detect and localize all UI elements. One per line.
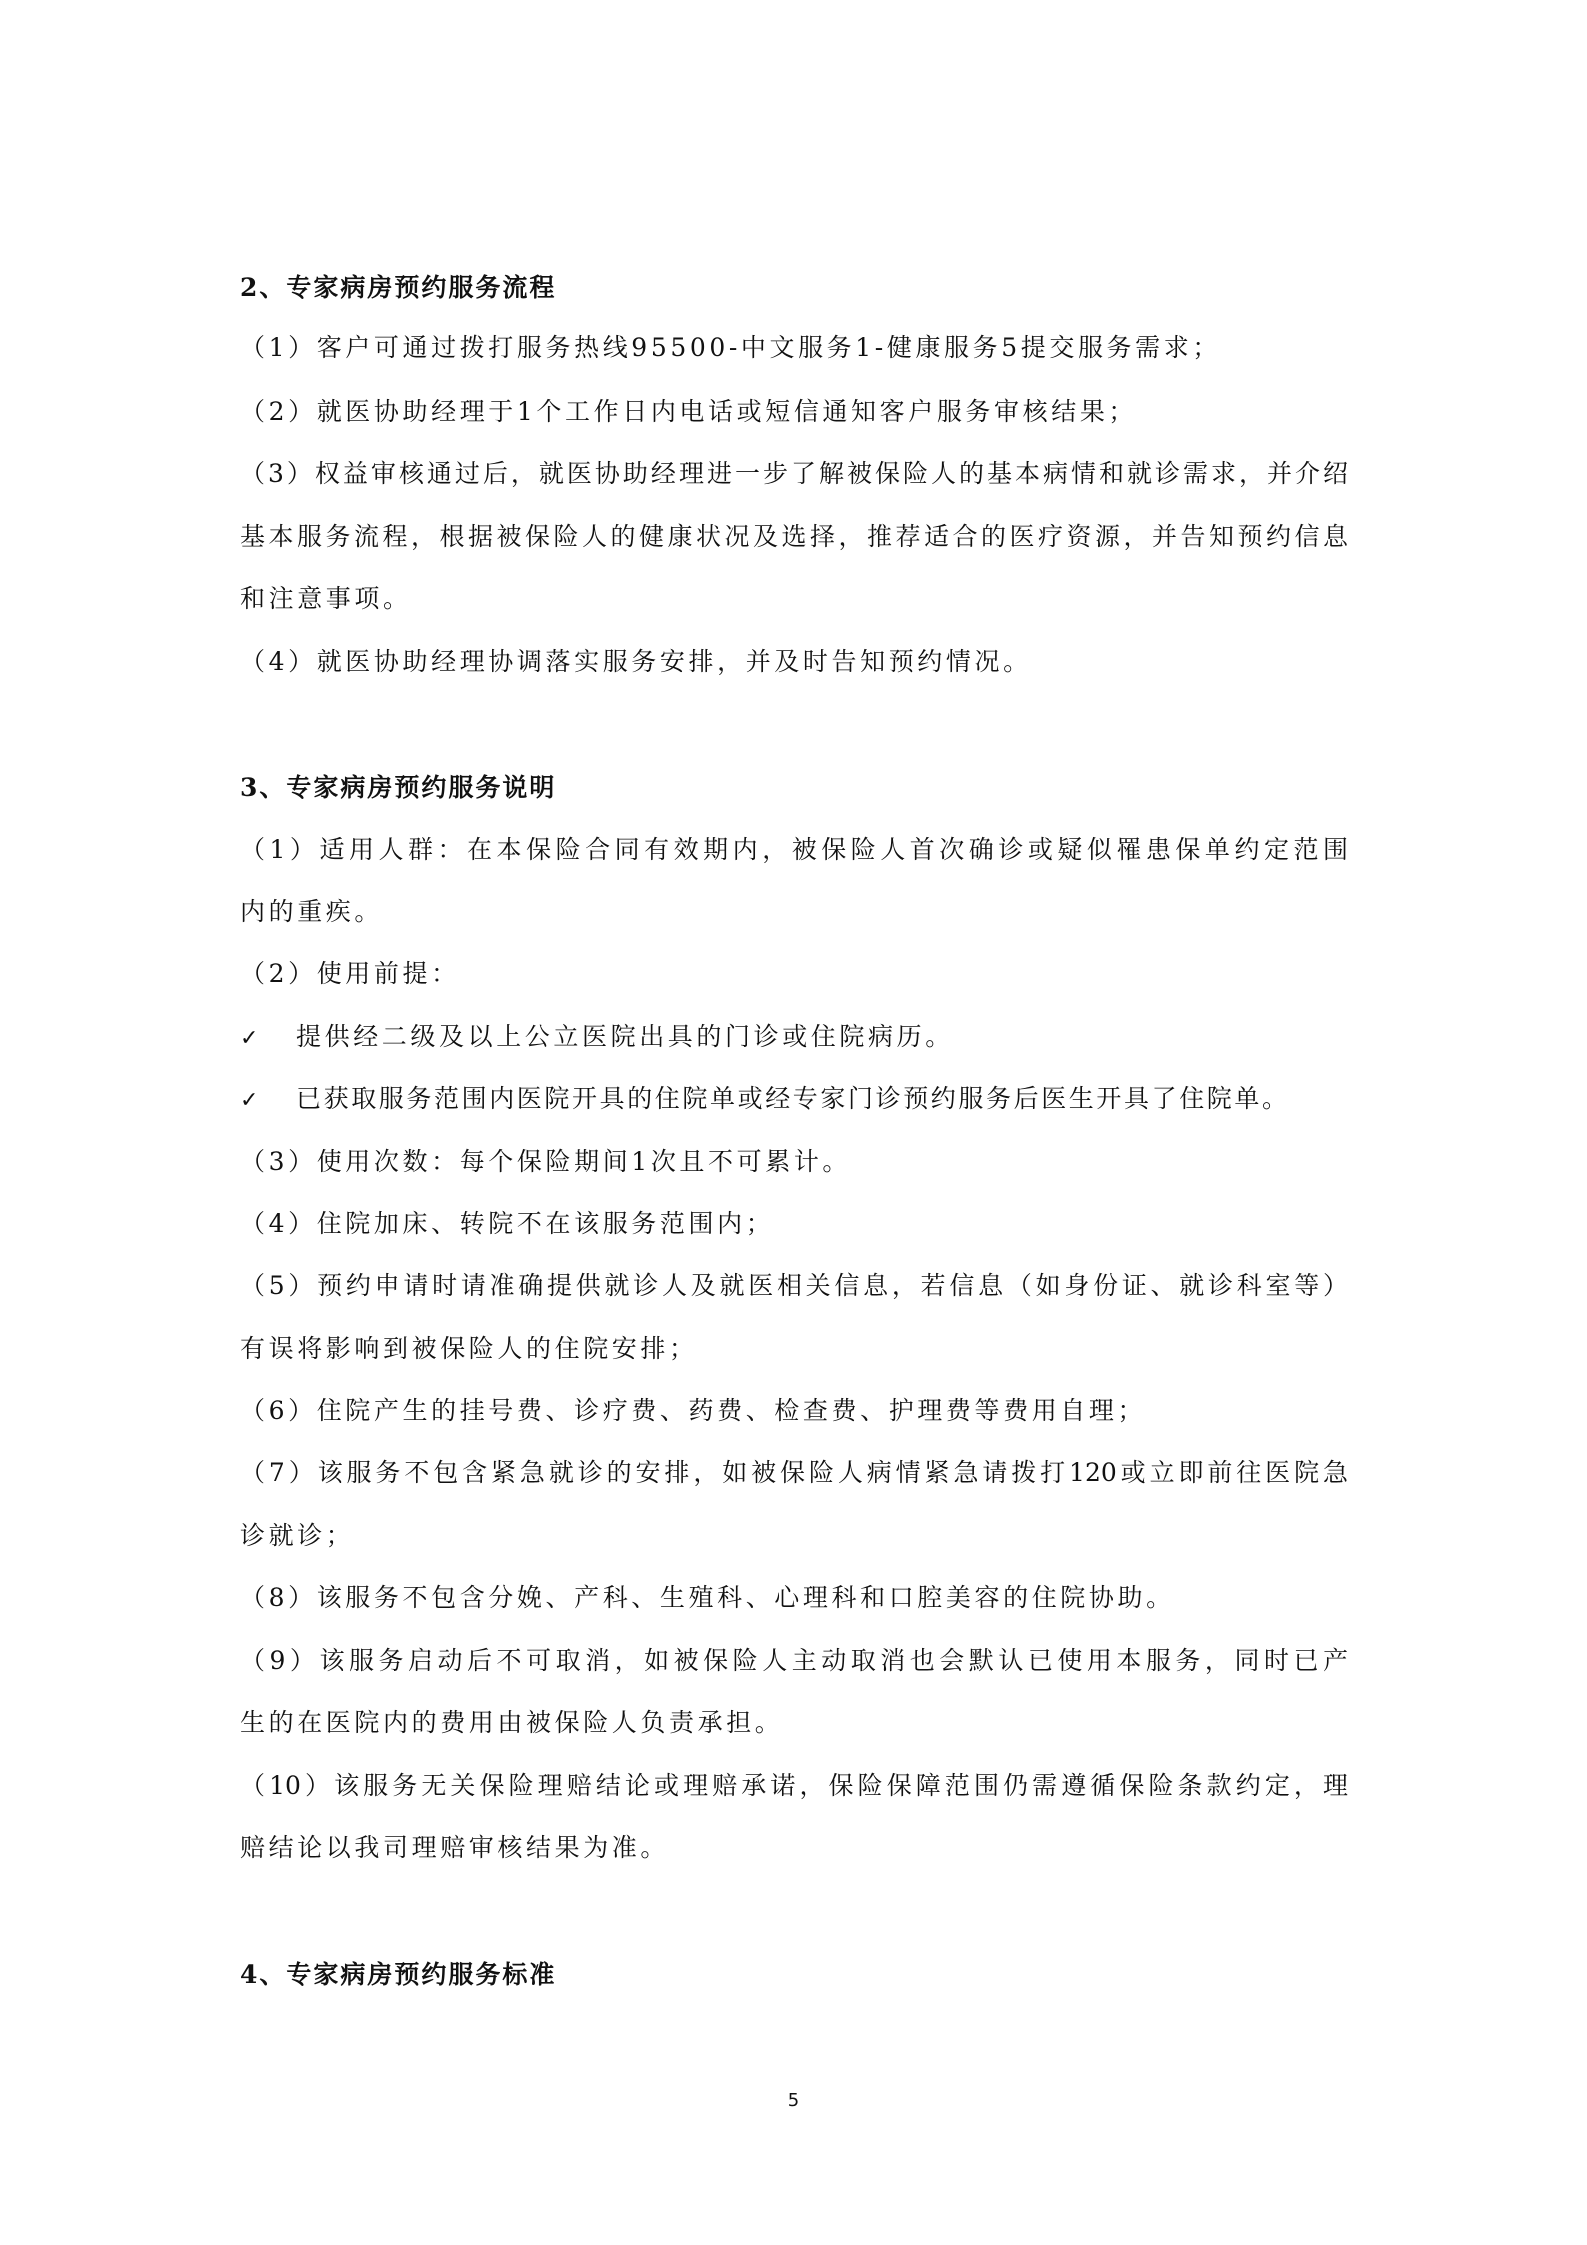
paragraph-line: （3）使用次数：每个保险期间1次且不可累计。 [240, 1145, 851, 1179]
check-icon: ✓ [240, 1084, 296, 1118]
section-heading-4: 4、专家病房预约服务标准 [240, 1958, 556, 1992]
section-heading-3: 3、专家病房预约服务说明 [240, 771, 556, 805]
page-number: 5 [0, 2090, 1587, 2111]
checklist-item: ✓已获取服务范围内医院开具的住院单或经专家门诊预约服务后医生开具了住院单。 [240, 1082, 1290, 1118]
paragraph-line: （6）住院产生的挂号费、诊疗费、药费、检查费、护理费等费用自理； [240, 1394, 1146, 1428]
checklist-item-text: 已获取服务范围内医院开具的住院单或经专家门诊预约服务后医生开具了住院单。 [296, 1084, 1290, 1113]
paragraph-line: （5）预约申请时请准确提供就诊人及就医相关信息，若信息（如身份证、就诊科室等） [240, 1269, 1348, 1303]
section-heading-2: 2、专家病房预约服务流程 [240, 271, 556, 305]
paragraph-line: （2）就医协助经理于1个工作日内电话或短信通知客户服务审核结果； [240, 395, 1137, 429]
paragraph-line: （3）权益审核通过后，就医协助经理进一步了解被保险人的基本病情和就诊需求，并介绍 [240, 457, 1348, 491]
checklist-item: ✓提供经二级及以上公立医院出具的门诊或住院病历。 [240, 1020, 954, 1056]
paragraph-line: 内的重疾。 [240, 895, 383, 929]
paragraph-line: （1）适用人群：在本保险合同有效期内，被保险人首次确诊或疑似罹患保单约定范围 [240, 833, 1348, 867]
paragraph-line: （4）住院加床、转院不在该服务范围内； [240, 1207, 774, 1241]
paragraph-line: （1）客户可通过拨打服务热线95500-中文服务1-健康服务5提交服务需求； [240, 331, 1221, 365]
paragraph-line: 和注意事项。 [240, 582, 412, 616]
paragraph-line: 有误将影响到被保险人的住院安排； [240, 1332, 698, 1366]
paragraph-line: （10）该服务无关保险理赔结论或理赔承诺，保险保障范围仍需遵循保险条款约定，理 [240, 1769, 1348, 1803]
paragraph-line: （7）该服务不包含紧急就诊的安排，如被保险人病情紧急请拨打120或立即前往医院急 [240, 1456, 1348, 1490]
check-icon: ✓ [240, 1022, 296, 1056]
paragraph-line: （9）该服务启动后不可取消，如被保险人主动取消也会默认已使用本服务，同时已产 [240, 1644, 1348, 1678]
paragraph-line: 基本服务流程，根据被保险人的健康状况及选择，推荐适合的医疗资源，并告知预约信息 [240, 520, 1348, 554]
paragraph-line: （2）使用前提： [240, 957, 460, 991]
paragraph-line: （4）就医协助经理协调落实服务安排，并及时告知预约情况。 [240, 645, 1032, 679]
paragraph-line: 生的在医院内的费用由被保险人负责承担。 [240, 1706, 783, 1740]
paragraph-line: 赔结论以我司理赔审核结果为准。 [240, 1831, 669, 1865]
checklist-item-text: 提供经二级及以上公立医院出具的门诊或住院病历。 [296, 1022, 954, 1051]
paragraph-line: 诊就诊； [240, 1519, 354, 1553]
paragraph-line: （8）该服务不包含分娩、产科、生殖科、心理科和口腔美容的住院协助。 [240, 1581, 1175, 1615]
